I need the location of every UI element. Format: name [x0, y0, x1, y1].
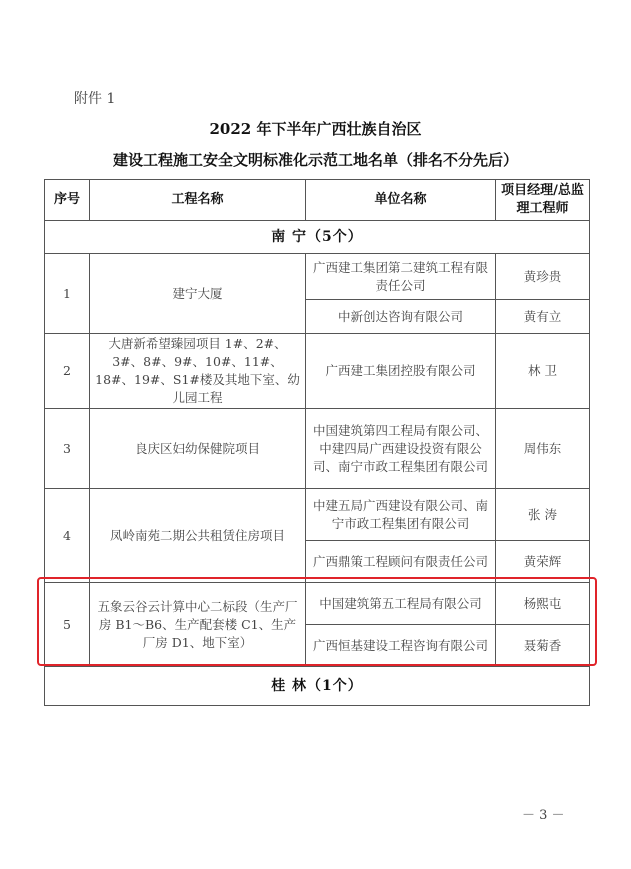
row-no: 2 — [45, 334, 90, 409]
row-no: 3 — [45, 409, 90, 489]
header-project: 工程名称 — [90, 180, 306, 221]
row-project: 良庆区妇幼保健院项目 — [90, 409, 306, 489]
document-title-line2: 建设工程施工安全文明标准化示范工地名单（排名不分先后） — [0, 149, 631, 170]
table-row: 5 五象云谷云计算中心二标段（生产厂房 B1～B6、生产配套楼 C1、生产厂房 … — [45, 583, 590, 625]
document-title-line1: 2022 年下半年广西壮族自治区 — [0, 118, 631, 139]
table-row: 4 凤岭南苑二期公共租赁住房项目 中建五局广西建设有限公司、南宁市政工程集团有限… — [45, 489, 590, 541]
row-person: 聂菊香 — [496, 625, 590, 667]
attachment-label: 附件 1 — [74, 88, 115, 108]
table-row: 1 建宁大厦 广西建工集团第二建筑工程有限责任公司 黄珍贵 — [45, 254, 590, 300]
row-unit: 中新创达咨询有限公司 — [306, 300, 496, 334]
row-person: 杨熙屯 — [496, 583, 590, 625]
row-person: 黄珍贵 — [496, 254, 590, 300]
row-unit: 广西建工集团第二建筑工程有限责任公司 — [306, 254, 496, 300]
row-project: 大唐新希望臻园项目 1#、2#、3#、8#、9#、10#、11#、18#、19#… — [90, 334, 306, 409]
header-person: 项目经理/总监理工程师 — [496, 180, 590, 221]
header-no: 序号 — [45, 180, 90, 221]
row-unit: 中建五局广西建设有限公司、南宁市政工程集团有限公司 — [306, 489, 496, 541]
demo-site-table: 序号 工程名称 单位名称 项目经理/总监理工程师 南 宁（5个） 1 建宁大厦 … — [44, 179, 590, 706]
row-person: 张 涛 — [496, 489, 590, 541]
table-header-row: 序号 工程名称 单位名称 项目经理/总监理工程师 — [45, 180, 590, 221]
region-row-guilin: 桂 林（1个） — [45, 667, 590, 706]
row-person: 周伟东 — [496, 409, 590, 489]
row-unit: 中国建筑第五工程局有限公司 — [306, 583, 496, 625]
row-project: 凤岭南苑二期公共租赁住房项目 — [90, 489, 306, 583]
row-person: 黄有立 — [496, 300, 590, 334]
region-label: 南 宁（5个） — [45, 221, 590, 254]
row-project: 建宁大厦 — [90, 254, 306, 334]
page-number: － 3 － — [522, 804, 565, 823]
region-label: 桂 林（1个） — [45, 667, 590, 706]
row-unit: 中国建筑第四工程局有限公司、中建四局广西建设投资有限公司、南宁市政工程集团有限公… — [306, 409, 496, 489]
table-row: 3 良庆区妇幼保健院项目 中国建筑第四工程局有限公司、中建四局广西建设投资有限公… — [45, 409, 590, 489]
header-unit: 单位名称 — [306, 180, 496, 221]
table-row: 2 大唐新希望臻园项目 1#、2#、3#、8#、9#、10#、11#、18#、1… — [45, 334, 590, 409]
row-no: 5 — [45, 583, 90, 667]
row-person: 林 卫 — [496, 334, 590, 409]
row-no: 4 — [45, 489, 90, 583]
row-no: 1 — [45, 254, 90, 334]
row-unit: 广西建工集团控股有限公司 — [306, 334, 496, 409]
row-person: 黄荣辉 — [496, 541, 590, 583]
row-unit: 广西恒基建设工程咨询有限公司 — [306, 625, 496, 667]
row-project: 五象云谷云计算中心二标段（生产厂房 B1～B6、生产配套楼 C1、生产厂房 D1… — [90, 583, 306, 667]
region-row-nanning: 南 宁（5个） — [45, 221, 590, 254]
row-unit: 广西鼎策工程顾问有限责任公司 — [306, 541, 496, 583]
